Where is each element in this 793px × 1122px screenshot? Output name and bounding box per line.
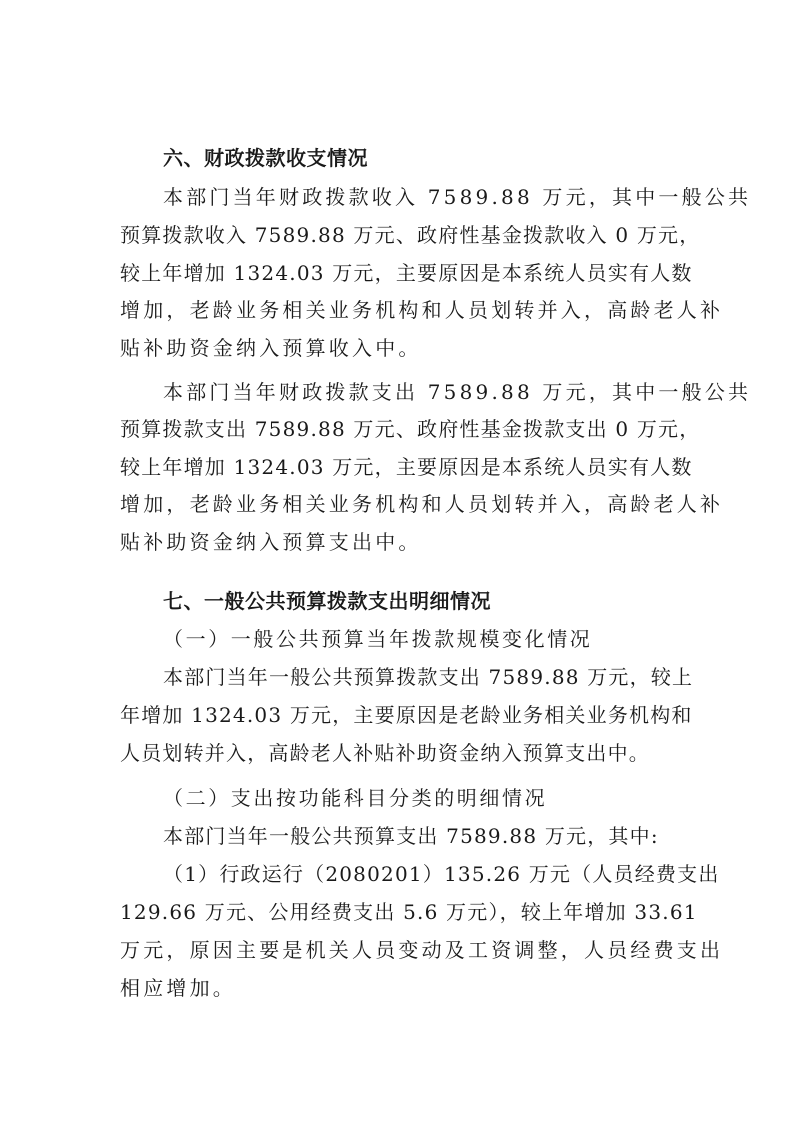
paragraph-line: 贴补助资金纳入预算收入中。: [120, 336, 422, 360]
paragraph-line: 预算拨款收入 7589.88 万元、政府性基金拨款收入 0 万元，: [120, 223, 700, 247]
subsection-heading-1: （一）一般公共预算当年拨款规模变化情况: [163, 627, 592, 651]
section-heading-6: 六、财政拨款收支情况: [163, 146, 368, 170]
paragraph-line: 本部门当年一般公共预算拨款支出 7589.88 万元，较上: [163, 665, 693, 689]
subsection-heading-2: （二）支出按功能科目分类的明细情况: [163, 786, 547, 810]
paragraph-line: 相应增加。: [120, 976, 236, 1000]
paragraph-line: （1）行政运行（2080201）135.26 万元（人员经费支出: [163, 862, 720, 886]
paragraph-line: 人员划转并入，高龄老人补贴补助资金纳入预算支出中。: [120, 741, 650, 765]
paragraph-line: 本部门当年一般公共预算支出 7589.88 万元，其中:: [163, 824, 659, 848]
section-heading-7: 七、一般公共预算拨款支出明细情况: [163, 589, 491, 613]
paragraph-line: 万元，原因主要是机关人员变动及工资调整，人员经费支出: [120, 938, 723, 962]
paragraph-line: 年增加 1324.03 万元，主要原因是老龄业务相关业务机构和: [120, 703, 693, 727]
paragraph-line: 增加，老龄业务相关业务机构和人员划转并入，高龄老人补: [120, 492, 723, 516]
paragraph-line: 本部门当年财政拨款支出 7589.88 万元，其中一般公共: [163, 380, 751, 404]
paragraph-line: 129.66 万元、公用经费支出 5.6 万元），较上年增加 33.61: [120, 900, 698, 924]
paragraph-line: 贴补助资金纳入预算支出中。: [120, 530, 422, 554]
paragraph-line: 较上年增加 1324.03 万元，主要原因是本系统人员实有人数: [120, 455, 693, 479]
paragraph-line: 本部门当年财政拨款收入 7589.88 万元，其中一般公共: [163, 185, 751, 209]
paragraph-line: 增加，老龄业务相关业务机构和人员划转并入，高龄老人补: [120, 298, 723, 322]
paragraph-line: 较上年增加 1324.03 万元，主要原因是本系统人员实有人数: [120, 261, 693, 285]
paragraph-line: 预算拨款支出 7589.88 万元、政府性基金拨款支出 0 万元，: [120, 417, 700, 441]
